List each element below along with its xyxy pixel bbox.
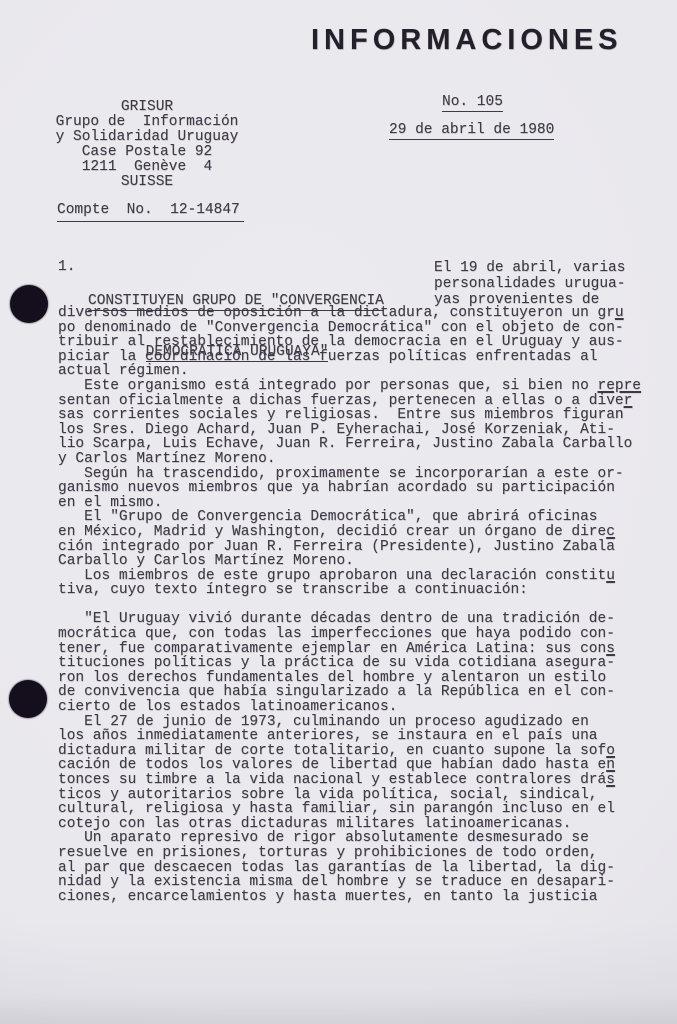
article-number: 1. bbox=[58, 260, 75, 275]
account-number: Compte No. 12-14847 bbox=[57, 203, 244, 222]
document-page: INFORMACIONES GRISURGrupo de Información… bbox=[0, 0, 677, 1024]
issue-number: No. 105 bbox=[442, 95, 503, 112]
article-intro-column: El 19 de abril, variaspersonalidades uru… bbox=[434, 260, 625, 309]
article-body-text: diversos medios de oposición a la dictad… bbox=[58, 306, 648, 904]
punch-hole-bottom bbox=[9, 680, 47, 718]
org-address-block: GRISURGrupo de Informacióny Solidaridad … bbox=[40, 100, 254, 190]
page-title: INFORMACIONES bbox=[311, 24, 623, 57]
punch-hole-top bbox=[10, 285, 48, 323]
issue-date: 29 de abril de 1980 bbox=[389, 123, 554, 140]
